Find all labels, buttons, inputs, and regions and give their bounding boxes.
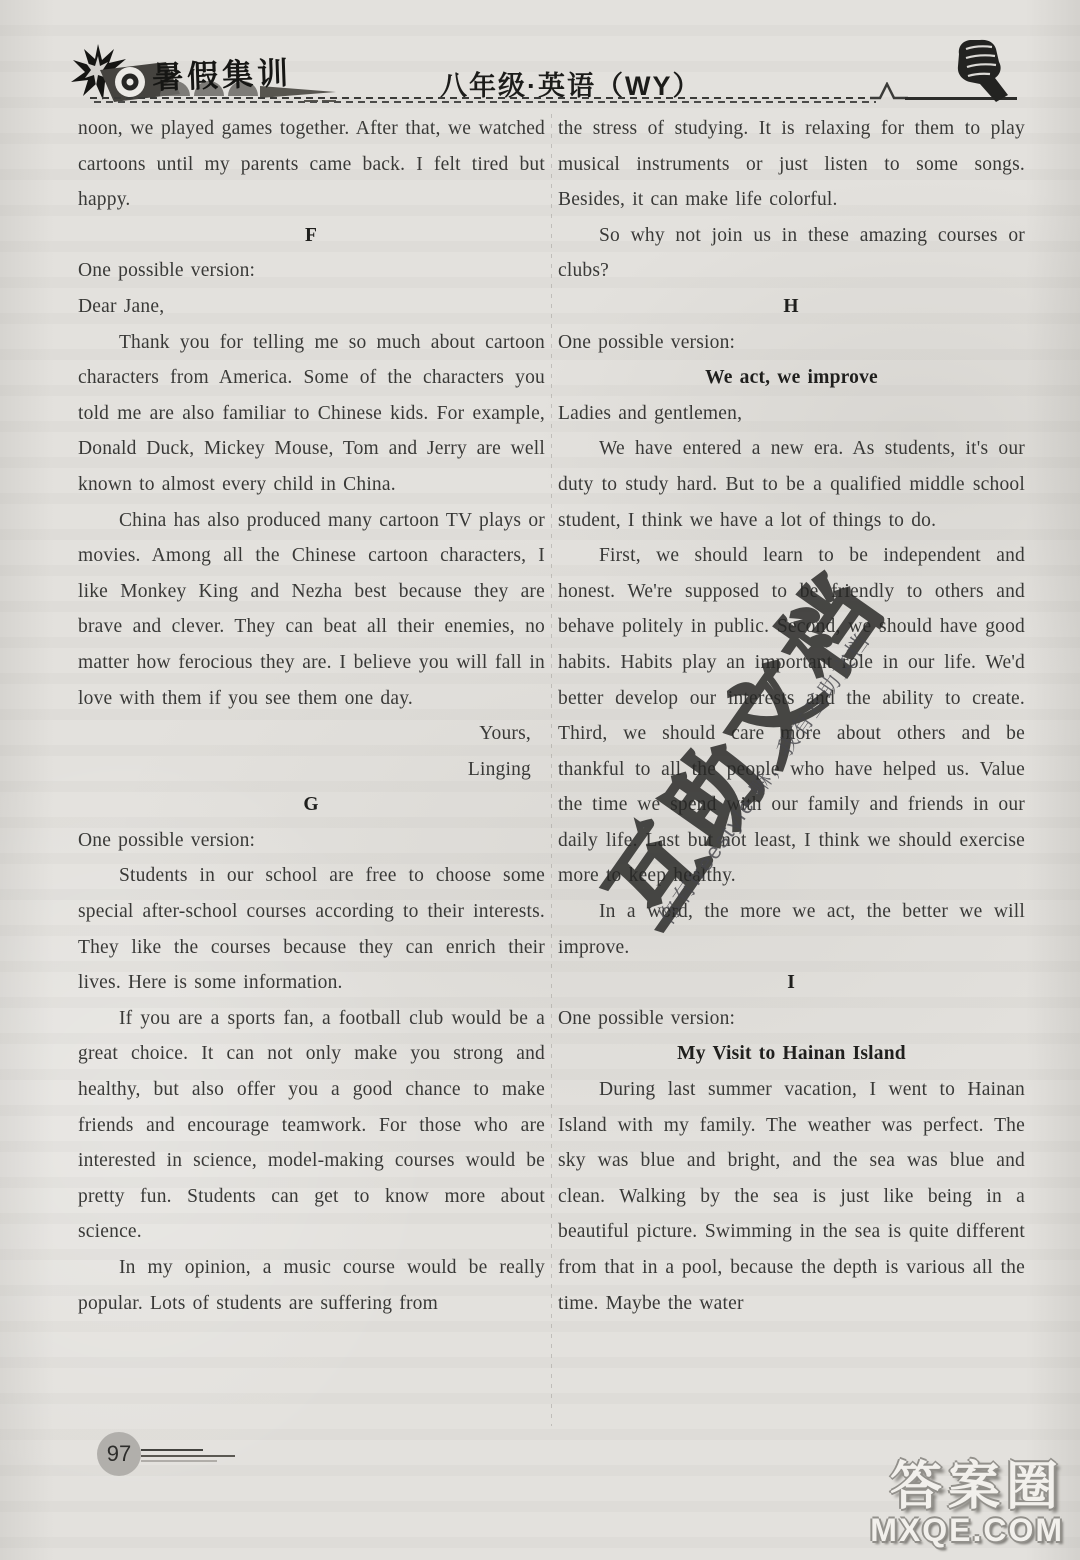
section-label: I (558, 965, 1025, 1001)
paragraph: noon, we played games together. After th… (78, 111, 545, 218)
paragraph: One possible version: (558, 325, 1025, 361)
paragraph-indented: If you are a sports fan, a football club… (78, 1001, 545, 1250)
logo-title: 暑假集训 (151, 48, 292, 98)
paragraph-indented: Students in our school are free to choos… (78, 858, 545, 1000)
paragraph: One possible version: (78, 253, 545, 289)
scanned-workbook-page: 暑假集训 八年级·英语（WY） noon, we played games to… (0, 0, 1080, 1560)
paragraph: the stress of studying. It is relaxing f… (558, 111, 1025, 218)
paragraph: Dear Jane, (78, 289, 545, 325)
signature-line: Yours, (78, 716, 545, 752)
essay-title: My Visit to Hainan Island (558, 1036, 1025, 1072)
paragraph: One possible version: (78, 823, 545, 859)
header-dashed-rule (90, 97, 876, 104)
essay-title: We act, we improve (558, 360, 1025, 396)
badge-rule (141, 1455, 235, 1457)
page-number-badge: 97 (97, 1432, 141, 1476)
paragraph: One possible version: (558, 1001, 1025, 1037)
badge-rule (141, 1460, 217, 1462)
section-label: G (78, 787, 545, 823)
pulse-spike-icon (868, 82, 910, 102)
paragraph-indented: During last summer vacation, I went to H… (558, 1072, 1025, 1321)
section-label: F (78, 218, 545, 254)
paragraph-indented: China has also produced many cartoon TV … (78, 503, 545, 717)
paragraph: Ladies and gentlemen, (558, 396, 1025, 432)
section-label: H (558, 289, 1025, 325)
paragraph-indented: We have entered a new era. As students, … (558, 431, 1025, 538)
column-divider (551, 114, 552, 1426)
corner-watermark: 答案圈 MXQE.COM (870, 1460, 1064, 1548)
corner-watermark-site: MXQE.COM (870, 1514, 1064, 1548)
badge-rule (141, 1449, 203, 1451)
raised-fist-icon (950, 36, 1014, 108)
left-column: noon, we played games together. After th… (78, 111, 545, 1321)
paragraph-indented: Thank you for telling me so much about c… (78, 325, 545, 503)
signature-line: Linging (78, 752, 545, 788)
paragraph-indented: So why not join us in these amazing cour… (558, 218, 1025, 289)
corner-watermark-brand: 答案圈 (870, 1460, 1064, 1515)
paragraph-indented: In my opinion, a music course would be r… (78, 1250, 545, 1321)
